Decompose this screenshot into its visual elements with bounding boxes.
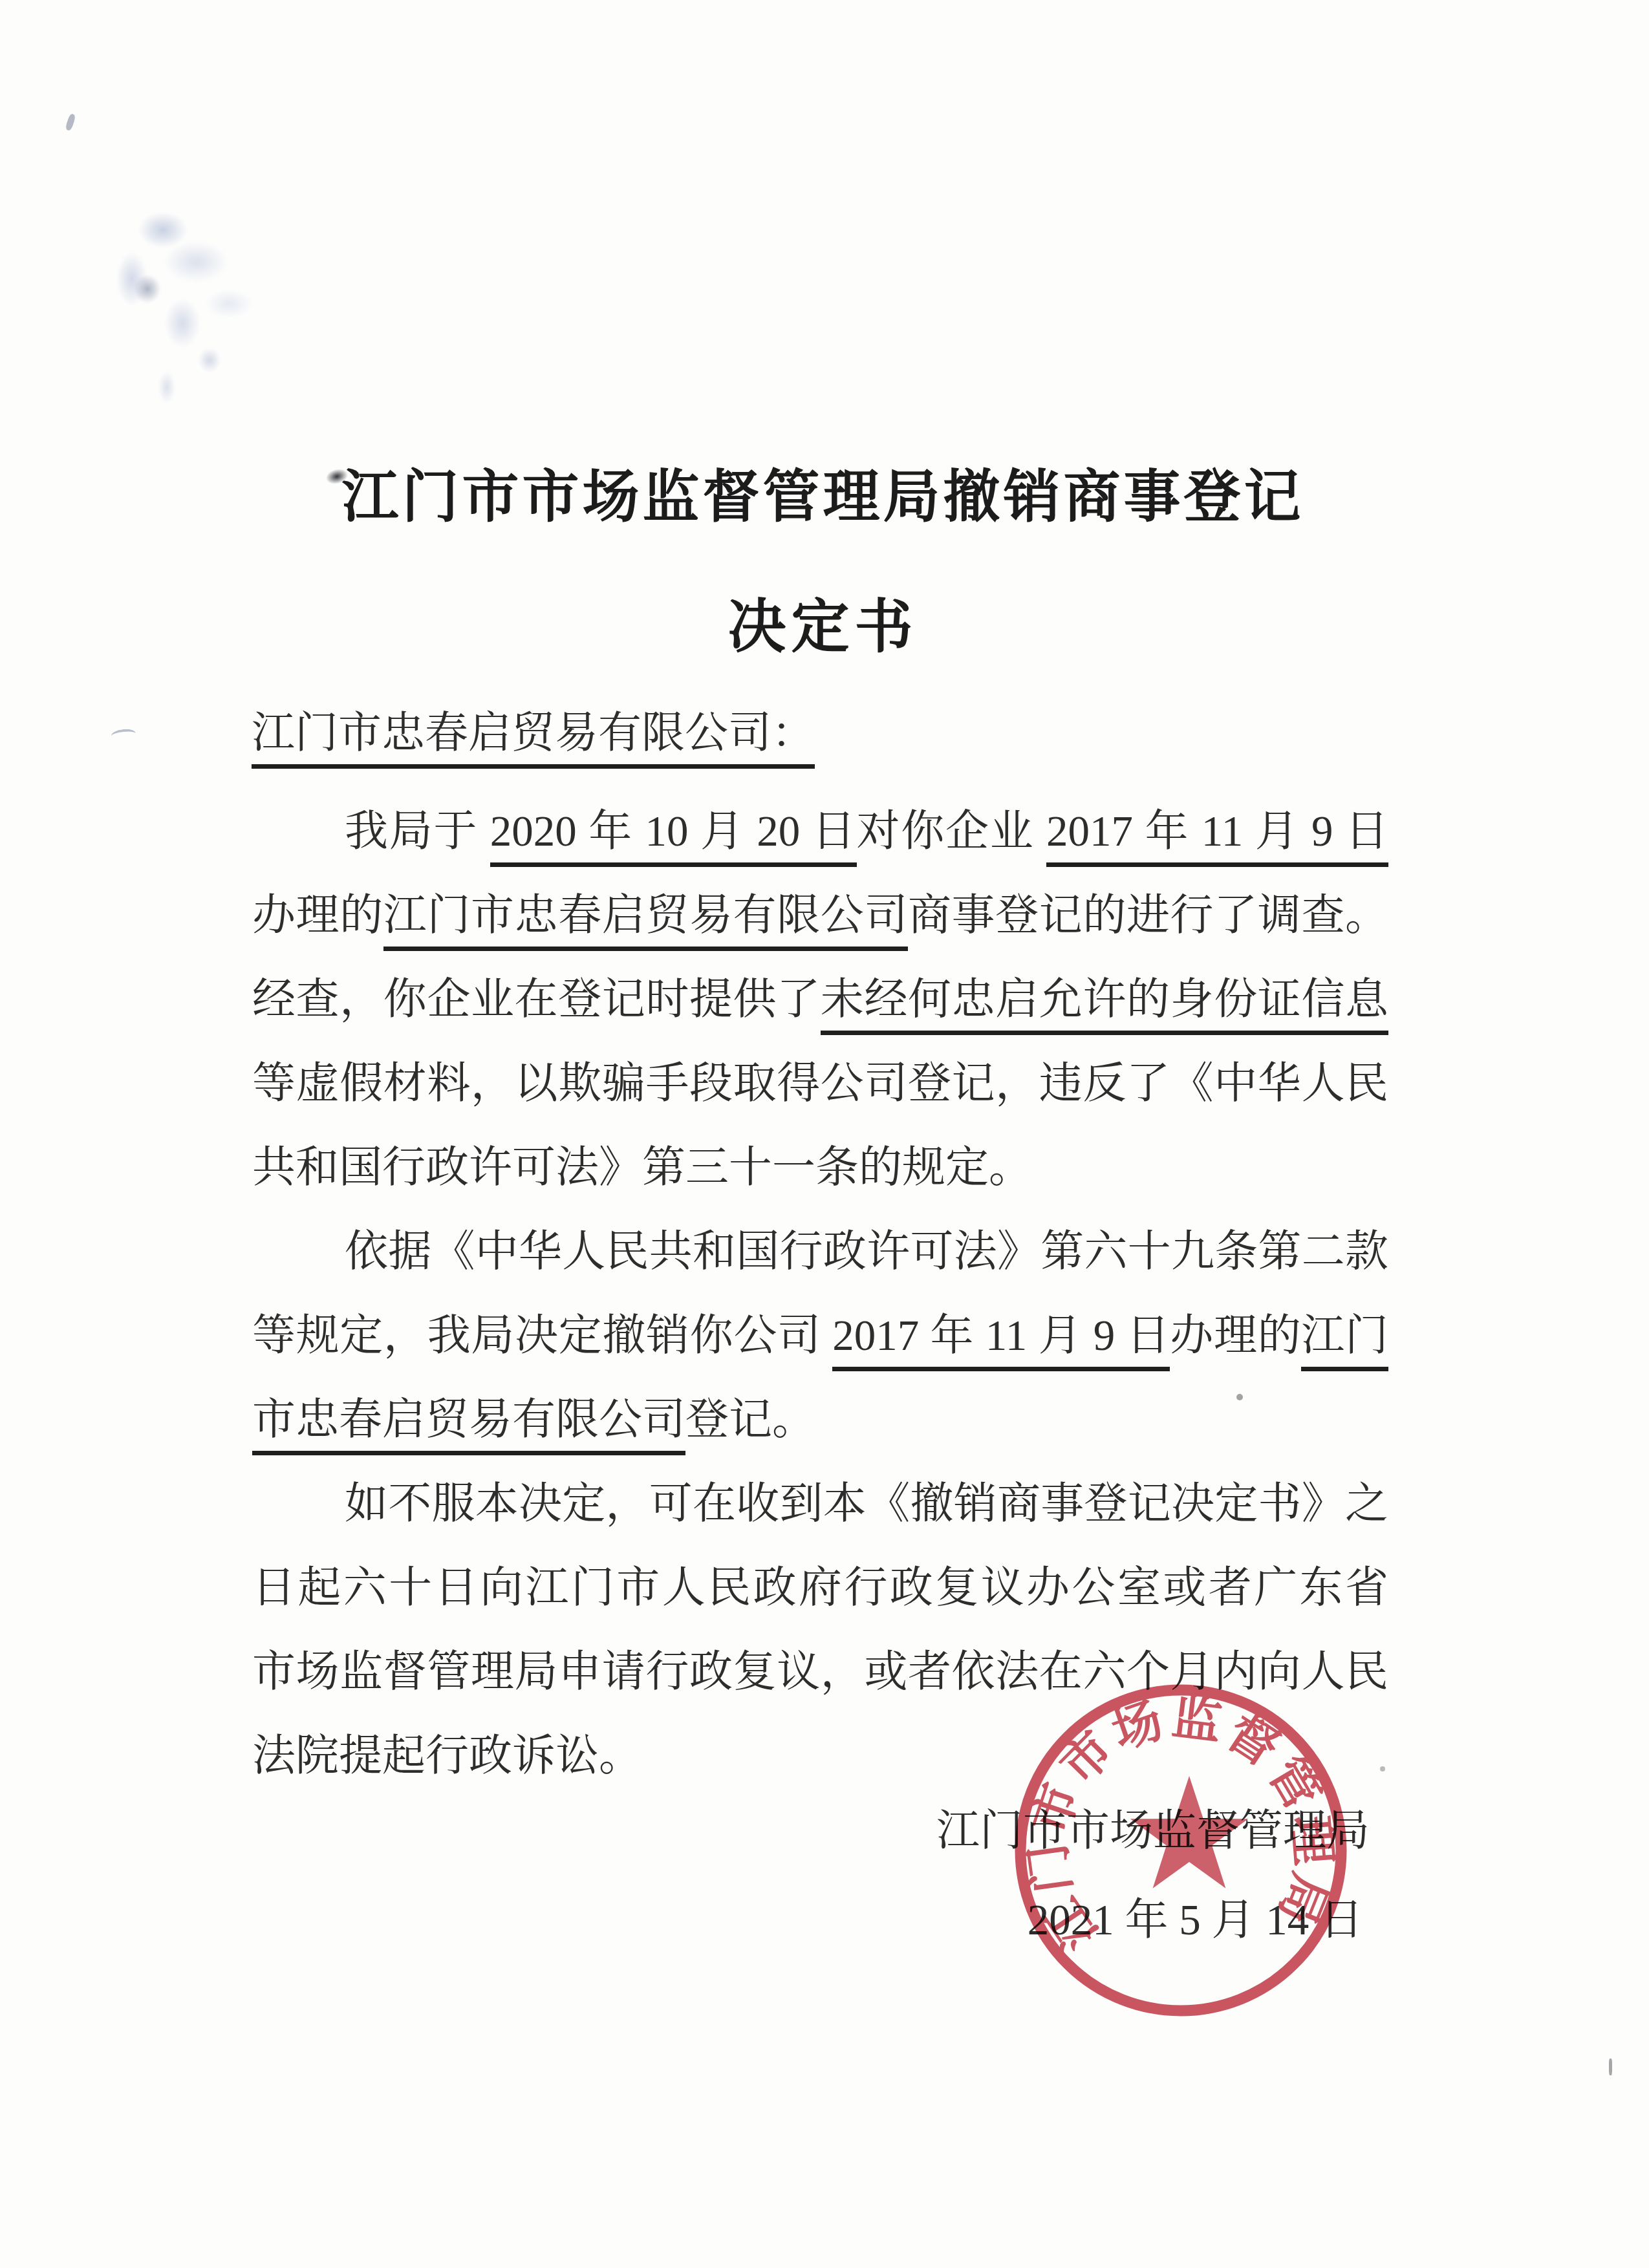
text-segment: 办理的 xyxy=(252,892,383,939)
official-seal: 江门市市场监督管理局 xyxy=(1006,1676,1355,2025)
body-line: 等虚假材料，以欺骗手段取得公司登记，违反了《中华人民 xyxy=(252,1054,1388,1138)
document-title-line1: 江门市市场监督管理局撤销商事登记 xyxy=(255,469,1390,526)
seal-text-char: 监 xyxy=(1169,1690,1225,1750)
text-segment: 共和国行政许可法》第三十一条的规定。 xyxy=(252,1144,1032,1192)
underlined-text-segment: 未经何忠启允许的身份证信息 xyxy=(821,976,1388,1035)
body-line: 我局于 2020 年 10 月 20 日对你企业 2017 年 11 月 9 日 xyxy=(252,802,1388,886)
text-segment: 我局于 xyxy=(345,808,490,855)
text-segment: 登记。 xyxy=(685,1396,815,1444)
text-segment: 经查，你企业在登记时提供了 xyxy=(252,976,821,1023)
body-line: 办理的江门市忠春启贸易有限公司商事登记的进行了调查。 xyxy=(252,886,1388,970)
text-segment: 商事登记的进行了调查。 xyxy=(908,892,1388,939)
underlined-text-segment: 2020 年 10 月 20 日 xyxy=(490,808,857,867)
body-line: 如不服本决定，可在收到本《撤销商事登记决定书》之 xyxy=(252,1474,1388,1558)
text-segment: 依据《中华人民共和国行政许可法》第六十九条第二款 xyxy=(345,1228,1388,1276)
text-segment: 办理的 xyxy=(1170,1312,1301,1360)
salutation-line: 江门市忠春启贸易有限公司： xyxy=(252,710,815,758)
underlined-text-segment: 江门市忠春启贸易有限公司 xyxy=(383,892,908,951)
document-body: 我局于 2020 年 10 月 20 日对你企业 2017 年 11 月 9 日… xyxy=(252,802,1388,1810)
underlined-text-segment: 江门 xyxy=(1301,1312,1388,1371)
scan-smudge xyxy=(89,176,283,422)
seal-text-char: 理 xyxy=(1283,1813,1341,1867)
text-segment: 如不服本决定，可在收到本《撤销商事登记决定书》之 xyxy=(345,1480,1388,1528)
ink-speck xyxy=(65,113,76,131)
seal-text-char: 门 xyxy=(1020,1840,1081,1896)
ink-speck xyxy=(1609,2059,1612,2075)
text-segment: 法院提起行政诉讼。 xyxy=(252,1732,642,1780)
seal-text-char: 市 xyxy=(1051,1722,1124,1795)
body-line: 市忠春启贸易有限公司登记。 xyxy=(252,1390,1388,1474)
text-segment: 等规定，我局决定撤销你公司 xyxy=(252,1312,832,1360)
body-line: 共和国行政许可法》第三十一条的规定。 xyxy=(252,1138,1388,1222)
scan-mark xyxy=(111,728,136,742)
text-segment: 对你企业 xyxy=(857,808,1047,855)
official-seal-graphic: 江门市市场监督管理局 xyxy=(1006,1676,1355,2025)
seal-text-char: 江 xyxy=(1036,1888,1108,1960)
text-segment: 等虚假材料，以欺骗手段取得公司登记，违反了《中华人民 xyxy=(252,1060,1388,1107)
underlined-text-segment: 2017 年 11 月 9 日 xyxy=(1046,808,1388,867)
underlined-text-segment: 2017 年 11 月 9 日 xyxy=(832,1312,1170,1371)
document-title-line2: 决定书 xyxy=(255,599,1390,657)
body-line: 日起六十日向江门市人民政府行政复议办公室或者广东省 xyxy=(252,1558,1388,1642)
body-line: 经查，你企业在登记时提供了未经何忠启允许的身份证信息 xyxy=(252,970,1388,1054)
scanned-document-page: 江门市市场监督管理局撤销商事登记 决定书 江门市忠春启贸易有限公司： 我局于 2… xyxy=(0,0,1649,2268)
body-line: 依据《中华人民共和国行政许可法》第六十九条第二款 xyxy=(252,1222,1388,1306)
underlined-text-segment: 市忠春启贸易有限公司 xyxy=(252,1396,685,1455)
salutation-company-name: 江门市忠春启贸易有限公司： xyxy=(252,709,815,769)
seal-star-icon xyxy=(1130,1776,1249,1888)
body-line: 等规定，我局决定撤销你公司 2017 年 11 月 9 日办理的江门 xyxy=(252,1306,1388,1390)
text-segment: 日起六十日向江门市人民政府行政复议办公室或者广东省 xyxy=(252,1564,1388,1612)
